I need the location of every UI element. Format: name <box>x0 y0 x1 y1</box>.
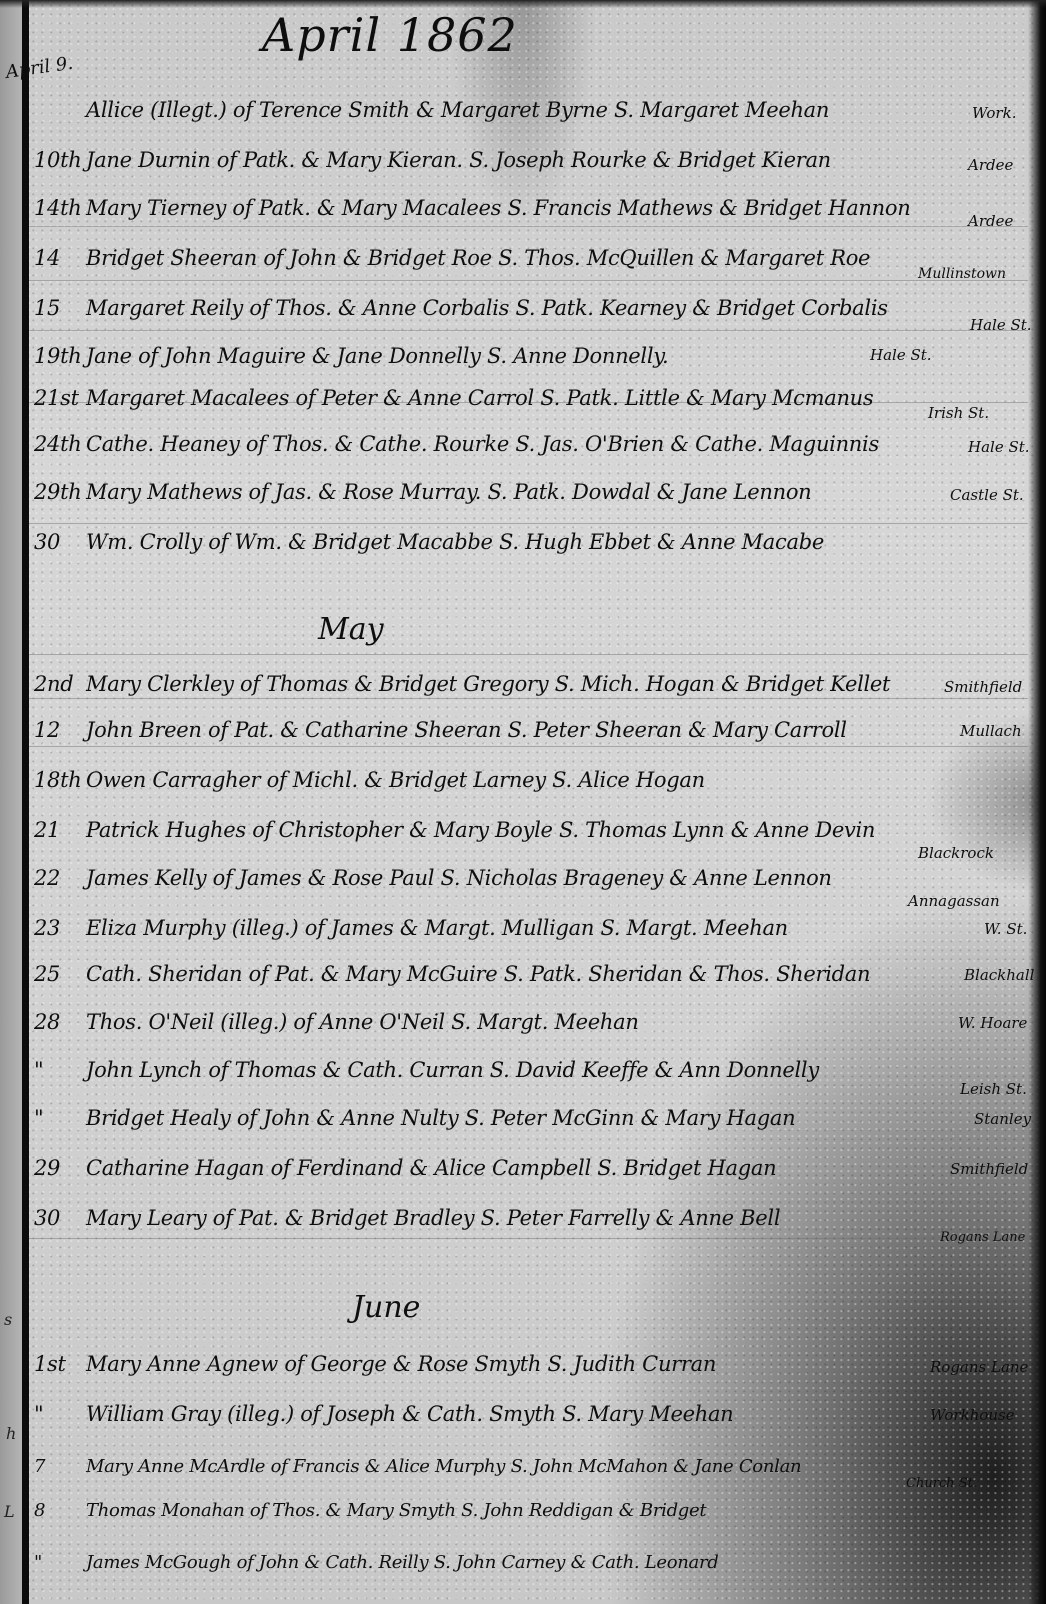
entry-text: William Gray (illeg.) of Joseph & Cath. … <box>86 1402 733 1426</box>
register-entry: Allice (Illegt.) of Terence Smith & Marg… <box>34 98 829 122</box>
entry-residence: Rogans Lane <box>930 1358 1028 1376</box>
ruled-line <box>29 698 1028 699</box>
entry-day: 1st <box>34 1352 86 1376</box>
entry-day: 10th <box>34 148 86 172</box>
entry-day: 30 <box>34 1206 86 1230</box>
entry-residence: Ardee <box>968 212 1013 230</box>
register-entry: 30Mary Leary of Pat. & Bridget Bradley S… <box>34 1206 780 1230</box>
ruled-line <box>29 654 1028 655</box>
entry-day: 22 <box>34 866 86 890</box>
entry-text: James Kelly of James & Rose Paul S. Nich… <box>86 866 832 890</box>
entry-text: Mary Anne McArdle of Francis & Alice Mur… <box>86 1456 801 1477</box>
entry-text: Mary Tierney of Patk. & Mary Macalees S.… <box>86 196 910 220</box>
entry-day: 23 <box>34 916 86 940</box>
entry-text: Eliza Murphy (illeg.) of James & Margt. … <box>86 916 788 940</box>
entry-text: Mary Leary of Pat. & Bridget Bradley S. … <box>86 1206 780 1230</box>
entry-day: " <box>34 1106 86 1130</box>
entry-day: 30 <box>34 530 86 554</box>
entry-day: " <box>34 1402 86 1426</box>
entry-text: Cathe. Heaney of Thos. & Cathe. Rourke S… <box>86 432 879 456</box>
entry-day: 25 <box>34 962 86 986</box>
entry-text: Allice (Illegt.) of Terence Smith & Marg… <box>86 98 829 122</box>
entry-day: 29th <box>34 480 86 504</box>
entry-day: 21st <box>34 386 86 410</box>
register-entry: 8Thomas Monahan of Thos. & Mary Smyth S.… <box>34 1500 706 1521</box>
entry-day: 14 <box>34 246 86 270</box>
ruled-line <box>29 746 1028 747</box>
register-entry: 21stMargaret Macalees of Peter & Anne Ca… <box>34 386 873 410</box>
register-page: April 1862 April 9. Allice (Illegt.) of … <box>0 0 1046 1604</box>
facing-page-fragment: h <box>6 1424 16 1443</box>
entry-text: Bridget Sheeran of John & Bridget Roe S.… <box>86 246 870 270</box>
register-entry: 7Mary Anne McArdle of Francis & Alice Mu… <box>34 1456 801 1477</box>
register-entry: 14Bridget Sheeran of John & Bridget Roe … <box>34 246 870 270</box>
entry-text: John Lynch of Thomas & Cath. Curran S. D… <box>86 1058 819 1082</box>
register-entry: 15Margaret Reily of Thos. & Anne Corbali… <box>34 296 888 320</box>
entry-residence: Blackhall <box>964 966 1034 984</box>
entry-residence: Irish St. <box>928 404 989 422</box>
register-entry: 10thJane Durnin of Patk. & Mary Kieran. … <box>34 148 831 172</box>
facing-page-edge <box>0 0 22 1604</box>
entry-text: Wm. Crolly of Wm. & Bridget Macabbe S. H… <box>86 530 824 554</box>
entry-residence: Ardee <box>968 156 1013 174</box>
entry-residence: Hale St. <box>870 346 932 364</box>
entry-day: 7 <box>34 1456 86 1477</box>
register-entry: 2ndMary Clerkley of Thomas & Bridget Gre… <box>34 672 890 696</box>
entry-residence: W. Hoare <box>958 1014 1027 1032</box>
entry-day: 2nd <box>34 672 86 696</box>
entry-day: 8 <box>34 1500 86 1521</box>
ruled-line <box>29 226 1028 227</box>
entry-residence: W. St. <box>984 920 1027 938</box>
ruled-line <box>29 330 1028 331</box>
section-heading-may: May <box>318 612 384 647</box>
facing-page-fragment: s <box>4 1310 12 1329</box>
entry-day: 21 <box>34 818 86 842</box>
register-entry: "John Lynch of Thomas & Cath. Curran S. … <box>34 1058 819 1082</box>
entry-text: Mary Anne Agnew of George & Rose Smyth S… <box>86 1352 716 1376</box>
entry-day: 14th <box>34 196 86 220</box>
page-top-shadow <box>0 0 1046 8</box>
ruled-line <box>29 523 1028 524</box>
entry-residence: Smithfield <box>950 1160 1028 1178</box>
entry-day: 19th <box>34 344 86 368</box>
entry-residence: Leish St. <box>960 1080 1027 1098</box>
register-entry: 14thMary Tierney of Patk. & Mary Macalee… <box>34 196 910 220</box>
register-entry: 30Wm. Crolly of Wm. & Bridget Macabbe S.… <box>34 530 824 554</box>
margin-rule <box>22 0 29 1604</box>
entry-text: Margaret Reily of Thos. & Anne Corbalis … <box>86 296 888 320</box>
register-entry: 28Thos. O'Neil (illeg.) of Anne O'Neil S… <box>34 1010 639 1034</box>
entry-day: 28 <box>34 1010 86 1034</box>
register-entry: 18thOwen Carragher of Michl. & Bridget L… <box>34 768 705 792</box>
entry-text: Thos. O'Neil (illeg.) of Anne O'Neil S. … <box>86 1010 639 1034</box>
register-entry: 24thCathe. Heaney of Thos. & Cathe. Rour… <box>34 432 879 456</box>
register-entry: 12John Breen of Pat. & Catharine Sheeran… <box>34 718 847 742</box>
entry-text: James McGough of John & Cath. Reilly S. … <box>86 1552 719 1573</box>
entry-day: " <box>34 1058 86 1082</box>
register-entry: 29Catharine Hagan of Ferdinand & Alice C… <box>34 1156 776 1180</box>
entry-day: 15 <box>34 296 86 320</box>
entry-text: Jane of John Maguire & Jane Donnelly S. … <box>86 344 668 368</box>
entry-day: 12 <box>34 718 86 742</box>
register-entry: 25Cath. Sheridan of Pat. & Mary McGuire … <box>34 962 870 986</box>
entry-text: Mary Mathews of Jas. & Rose Murray. S. P… <box>86 480 811 504</box>
entry-day: 24th <box>34 432 86 456</box>
entry-text: Thomas Monahan of Thos. & Mary Smyth S. … <box>86 1500 706 1521</box>
entry-residence: Smithfield <box>944 678 1022 696</box>
entry-text: John Breen of Pat. & Catharine Sheeran S… <box>86 718 847 742</box>
entry-residence: Rogans Lane <box>940 1230 1025 1245</box>
register-entry: 29thMary Mathews of Jas. & Rose Murray. … <box>34 480 811 504</box>
register-entry: 22James Kelly of James & Rose Paul S. Ni… <box>34 866 832 890</box>
page-title: April 1862 <box>262 8 518 62</box>
entry-day: 29 <box>34 1156 86 1180</box>
register-entry: 21Patrick Hughes of Christopher & Mary B… <box>34 818 875 842</box>
entry-text: Mary Clerkley of Thomas & Bridget Gregor… <box>86 672 890 696</box>
entry-text: Cath. Sheridan of Pat. & Mary McGuire S.… <box>86 962 870 986</box>
entry-residence: Mullach <box>960 722 1022 740</box>
entry-residence: Mullinstown <box>918 266 1006 282</box>
ruled-line <box>29 1238 1028 1239</box>
entry-residence: Annagassan <box>908 892 1000 910</box>
entry-day: 18th <box>34 768 86 792</box>
entry-residence: Blackrock <box>918 844 994 862</box>
page-edge-shadow <box>1028 0 1046 1604</box>
register-entry: "William Gray (illeg.) of Joseph & Cath.… <box>34 1402 733 1426</box>
entry-text: Patrick Hughes of Christopher & Mary Boy… <box>86 818 875 842</box>
entry-residence: Castle St. <box>950 486 1024 504</box>
register-entry: "Bridget Healy of John & Anne Nulty S. P… <box>34 1106 795 1130</box>
ruled-line <box>29 280 1028 281</box>
entry-day: " <box>34 1552 86 1573</box>
entry-text: Bridget Healy of John & Anne Nulty S. Pe… <box>86 1106 795 1130</box>
register-entry: 19thJane of John Maguire & Jane Donnelly… <box>34 344 668 368</box>
entry-residence: Hale St. <box>968 438 1030 456</box>
section-heading-june: June <box>352 1290 420 1325</box>
entry-residence: Workhouse <box>930 1406 1015 1424</box>
entry-residence: Stanley <box>974 1110 1031 1128</box>
entry-residence: Hale St. <box>970 316 1032 334</box>
register-entry: "James McGough of John & Cath. Reilly S.… <box>34 1552 719 1573</box>
entry-residence: Church St. <box>906 1476 977 1491</box>
entry-text: Jane Durnin of Patk. & Mary Kieran. S. J… <box>86 148 831 172</box>
entry-residence: Work. <box>972 104 1016 122</box>
entry-text: Margaret Macalees of Peter & Anne Carrol… <box>86 386 873 410</box>
facing-page-fragment: L <box>4 1502 15 1521</box>
register-entry: 23Eliza Murphy (illeg.) of James & Margt… <box>34 916 788 940</box>
entry-text: Catharine Hagan of Ferdinand & Alice Cam… <box>86 1156 776 1180</box>
entry-text: Owen Carragher of Michl. & Bridget Larne… <box>86 768 705 792</box>
register-entry: 1stMary Anne Agnew of George & Rose Smyt… <box>34 1352 716 1376</box>
